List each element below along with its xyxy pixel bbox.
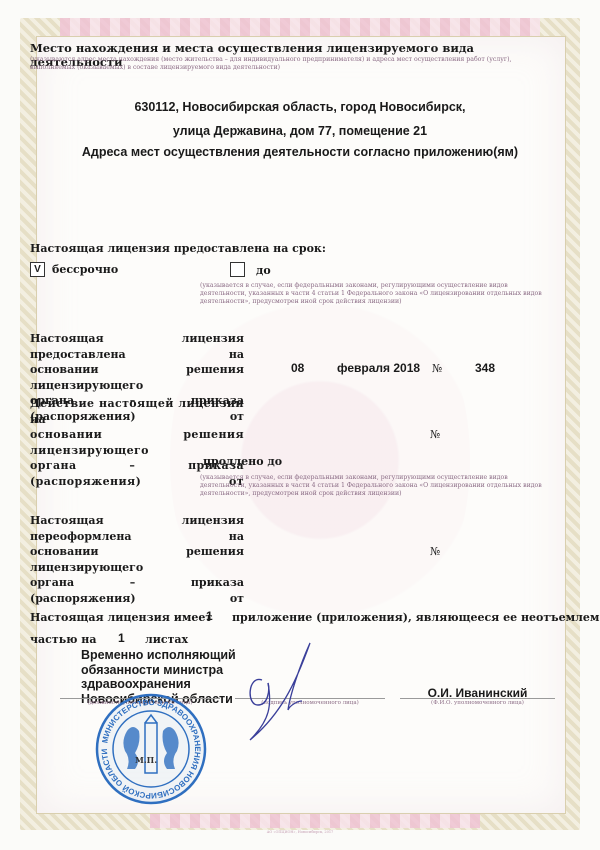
attachments-text: приложение (приложения), являющееся ее н…	[232, 611, 600, 624]
name-underline	[400, 698, 555, 699]
position-line: обязанности министра	[81, 663, 236, 678]
handwritten-signature	[240, 635, 340, 745]
granted-order-number: 348	[475, 361, 495, 375]
address-line-2: улица Державина, дом 77, помещение 21	[0, 124, 600, 138]
reissued-basis-text: Настоящая лицензия переоформлена на осно…	[30, 513, 244, 606]
reissued-number-sign: №	[430, 545, 440, 558]
permanent-checkbox[interactable]: V	[30, 262, 45, 277]
official-seal: МИНИСТЕРСТВО ЗДРАВООХРАНЕНИЯ НОВОСИБИРСК…	[95, 693, 207, 805]
printer-imprint: АО «ОПЦИОН», Новосибирск, 2017	[0, 830, 600, 834]
svg-text:М.П.: М.П.	[135, 755, 157, 765]
extended-until-label: продлено до	[203, 455, 282, 468]
until-checkbox[interactable]	[230, 262, 245, 277]
attachments-prefix: Настоящая лицензия имеет	[30, 611, 212, 624]
name-caption: (Ф.И.О. уполномоченного лица)	[400, 700, 555, 706]
extended-number-sign: №	[430, 428, 440, 441]
position-line: здравоохранения	[81, 677, 236, 692]
permanent-label: бессрочно	[52, 263, 118, 276]
until-label: до	[256, 264, 271, 277]
attachments-line2-prefix: частью на	[30, 633, 96, 646]
extended-line: Действие настоящей лицензии на	[30, 396, 244, 427]
address-line-1: 630112, Новосибирская область, город Нов…	[0, 100, 600, 114]
granted-line: Настоящая лицензия предоставлена на	[30, 331, 244, 362]
granted-order-month-year: февраля 2018	[337, 361, 420, 375]
position-line: Временно исполняющий	[81, 648, 236, 663]
extended-line: основании решения лицензирующего	[30, 427, 244, 458]
sheets-label: листах	[145, 633, 188, 646]
attachments-count: 1	[206, 609, 213, 623]
reissued-line: основании решения лицензирующего	[30, 544, 244, 575]
reissued-line: органа – приказа (распоряжения) от	[30, 575, 244, 606]
extended-hint: (указывается в случае, если федеральными…	[200, 474, 550, 498]
term-label: Настоящая лицензия предоставлена на срок…	[30, 242, 326, 255]
term-hint: (указывается в случае, если федеральными…	[200, 282, 550, 306]
granted-line: основании решения лицензирующего	[30, 362, 244, 393]
sheets-count: 1	[118, 631, 125, 645]
location-hint: (указываются адрес места нахождения (мес…	[30, 56, 550, 72]
reissued-line: Настоящая лицензия переоформлена на	[30, 513, 244, 544]
address-line-3: Адреса мест осуществления деятельности с…	[0, 145, 600, 159]
granted-order-day: 08	[291, 361, 304, 375]
granted-number-sign: №	[432, 362, 442, 375]
